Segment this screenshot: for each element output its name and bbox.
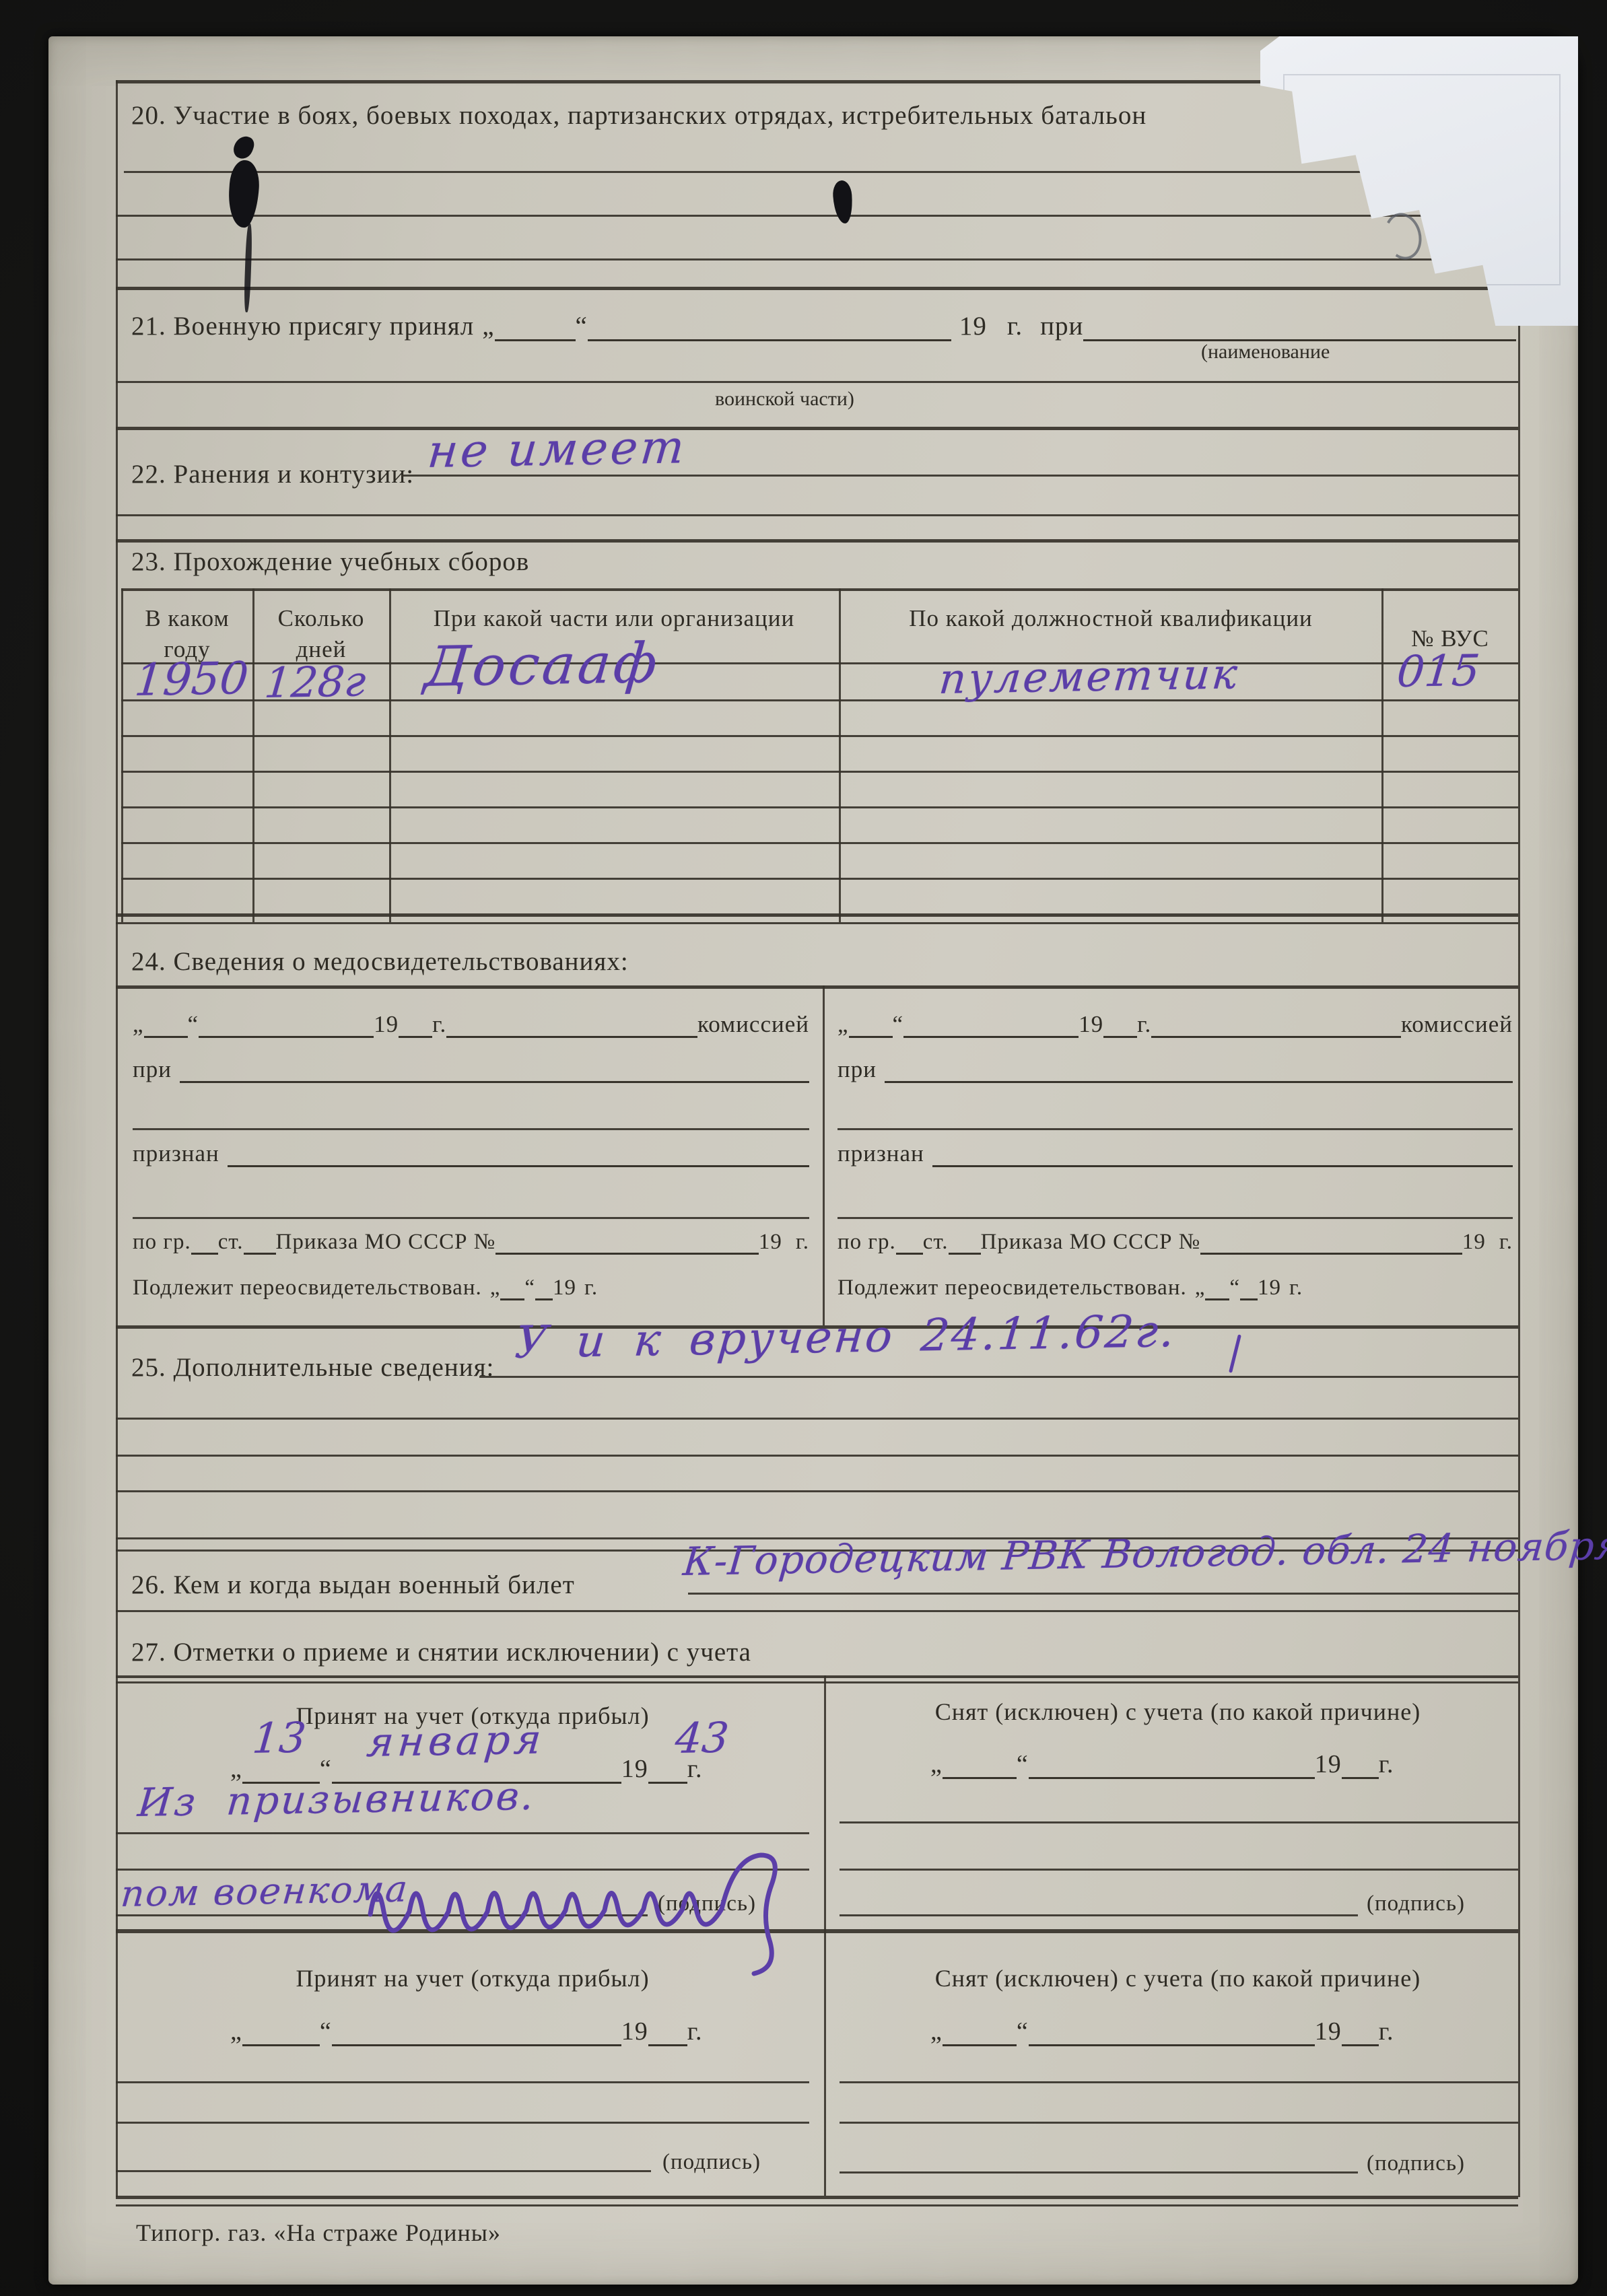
year-prefix: 19 [621,2017,648,2046]
close-quote: “ [893,1011,904,1038]
item21-at-label: при [1040,311,1083,341]
accept-day-handwriting: 13 [250,1713,308,1763]
blank-line [1240,1275,1258,1300]
ruled-line [116,1455,1518,1457]
close-quote: “ [1017,2017,1029,2046]
item23-entry-organization: Досааф [422,631,662,699]
table-border [121,588,123,922]
blank-line [332,2017,621,2046]
blank-line [849,1011,893,1038]
close-quote: “ [320,2017,332,2046]
blank-line [500,1275,524,1300]
item23-col-qualification: По какой должностной квалификации [875,603,1346,634]
table-bottom-rule [116,913,1518,917]
item23-entry-year: 1950 [133,652,250,706]
signature-label: (подпись) [1367,2151,1465,2176]
removed-header: Снят (исключен) с учета (по какой причин… [850,1963,1506,1994]
item26-handwriting: К-Городецким РВК Вологод. обл. 24 ноября… [681,1520,1607,1585]
blank-line [896,1229,923,1255]
ink-blot [832,180,854,224]
ruled-line [133,1128,809,1130]
open-quote: „ [482,311,494,341]
blank-line [495,1229,759,1255]
year-suffix: г. [796,1230,809,1255]
table-border [1381,588,1383,922]
table-row-line [121,806,1518,808]
year-suffix: г. [1379,1749,1394,1779]
year-prefix: 19 [759,1230,782,1255]
paper-hole [227,160,261,229]
paper-hole [231,134,256,162]
blank-line [949,1229,981,1255]
item23-col-organization: При какой части или организации [412,603,816,634]
order-label: Приказа МО СССР № [981,1230,1201,1255]
close-quote: “ [1229,1276,1240,1300]
table-bottom-rule [116,922,1518,924]
section-divider [116,427,1518,430]
ruled-line [116,1418,1518,1420]
year-suffix: г. [1137,1011,1151,1038]
order-label: Приказа МО СССР № [276,1230,496,1255]
blank-line [446,1011,697,1038]
open-quote: „ [930,2017,943,2046]
form-bottom-rule [116,2196,1518,2199]
section-divider [116,539,1518,543]
table-border [839,588,841,922]
table-row-line [121,735,1518,737]
blank-line [903,1011,1079,1038]
signature-line [116,2170,651,2172]
year-suffix: г. [1379,2017,1394,2046]
blank-line [1342,1750,1379,1779]
blank-line [191,1229,218,1255]
ruled-line [116,1832,809,1834]
open-quote: „ [230,2017,242,2046]
at-label: при [133,1056,172,1083]
year-suffix: г. [687,2017,703,2046]
fill-line [688,1593,1518,1595]
signature-scrawl [365,1835,836,1983]
blank-line [1029,1750,1315,1779]
ruled-line [840,1869,1518,1871]
item22-title: 22. Ранения и контузии: [131,459,414,489]
accept-date-row: „ “ 19 г. [230,2017,769,2046]
blank-line [1029,2017,1315,2046]
ink-stroke [1229,1334,1241,1372]
open-quote: „ [930,1749,943,1779]
item22-handwriting: не имеет [425,421,689,479]
blank-line [399,1011,432,1038]
table-border [252,588,254,922]
section-divider [116,287,1518,290]
item21-title: 21. Военную присягу принял [131,311,474,341]
blank-line [144,1011,188,1038]
blank-line [199,1011,374,1038]
ruled-line [116,215,1518,217]
close-quote: “ [576,311,588,341]
blank-line [228,1140,809,1167]
remove-date-row: „ “ 19 г. [930,2017,1462,2046]
blank-line [180,1056,809,1083]
med-date-row: „ “ 19 г. комиссией [133,1011,809,1038]
group-label: по гр. [837,1230,896,1255]
item23-entry-qualification: пулеметчик [937,649,1241,703]
year-prefix: 19 [1462,1230,1486,1255]
item21-note2: воинской части) [715,388,854,411]
fill-line [402,475,1518,477]
accept-month-handwriting: января [365,1716,547,1766]
med-order-row: по гр. ст. Приказа МО СССР № 19 г. [133,1229,809,1255]
item25-title: 25. Дополнительные сведения: [131,1352,494,1383]
print-shop-footer: Типогр. газ. «На страже Родины» [136,2219,501,2247]
table-top-rule [116,1675,1518,1678]
open-quote: „ [1195,1276,1206,1300]
reexam-label: Подлежит переосвидетельствован. [133,1276,482,1300]
item25-handwriting: У и к вручено 24.11.62г. [513,1305,1178,1368]
ruled-line [116,1610,1518,1612]
pencil-mark [1379,209,1426,264]
section-divider [116,985,1518,989]
table-top-rule [121,588,1518,591]
open-quote: „ [490,1276,501,1300]
ruled-line [840,2081,1518,2083]
table-row-line [121,878,1518,880]
ruled-line [116,258,1518,260]
blank-line [932,1140,1513,1167]
med-order-row: по гр. ст. Приказа МО СССР № 19 г. [837,1229,1513,1255]
signature-line [840,2171,1358,2173]
year-prefix: 19 [553,1276,576,1300]
accept-origin-handwriting: Из призывников. [136,1773,537,1825]
group-label: по гр. [133,1230,191,1255]
med-recognized-row: признан [837,1140,1513,1167]
item21-row: 21. Военную присягу принял „ “ 19 г. при [131,311,1516,341]
item21-note1: (наименование [1201,341,1330,363]
ruled-line [840,2122,1518,2124]
item27-title: 27. Отметки о приеме и снятии исключении… [131,1637,751,1667]
open-quote: „ [837,1011,849,1038]
signature-label: (подпись) [662,2150,761,2175]
ruled-line [837,1128,1513,1130]
blank-line [648,2017,687,2046]
column-divider [823,985,825,1325]
year-prefix: 19 [374,1011,399,1038]
year-prefix: 19 [1258,1276,1281,1300]
close-quote: “ [1017,1749,1029,1779]
blank-line [885,1056,1513,1083]
year-prefix: 19 [621,1754,648,1784]
removed-header: Снят (исключен) с учета (по какой причин… [850,1696,1506,1728]
blank-line [244,1229,276,1255]
article-label: ст. [923,1230,949,1255]
committee-label: комиссией [1401,1011,1513,1038]
open-quote: „ [133,1011,144,1038]
med-reexam-row: Подлежит переосвидетельствован. „ “ 19 г… [837,1275,1513,1300]
item23-col-days: Сколько дней [255,603,387,664]
at-label: при [837,1056,877,1083]
ruled-line [133,1217,809,1219]
ruled-line [837,1217,1513,1219]
year-suffix: г. [432,1011,446,1038]
table-row-line [121,771,1518,773]
committee-label: комиссией [697,1011,809,1038]
item24-title: 24. Сведения о медосвидетельствованиях: [131,946,629,977]
fill-line [479,1376,1518,1378]
ruled-line [116,2081,809,2083]
article-label: ст. [218,1230,244,1255]
torn-paper-patch [1260,36,1578,326]
blank-line [1103,1011,1137,1038]
item23-entry-vus: 015 [1395,646,1482,697]
year-suffix: г. [1289,1276,1303,1300]
signature-label: (подпись) [1367,1891,1465,1916]
close-quote: “ [524,1276,535,1300]
remove-date-row: „ “ 19 г. [930,1749,1462,1779]
item23-title: 23. Прохождение учебных сборов [131,547,529,577]
year-suffix: г. [1499,1230,1513,1255]
ink-smudge [244,223,253,312]
med-at-row: при [837,1056,1513,1083]
reexam-label: Подлежит переосвидетельствован. [837,1276,1187,1300]
med-reexam-row: Подлежит переосвидетельствован. „ “ 19 г… [133,1275,809,1300]
form-left-border [116,80,118,2197]
ruled-line [116,381,1518,383]
year-prefix: 19 [959,311,987,341]
year-prefix: 19 [1315,2017,1342,2046]
blank-line [1205,1275,1229,1300]
year-prefix: 19 [1079,1011,1103,1038]
med-at-row: при [133,1056,809,1083]
item23-entry-days: 128г [263,656,368,707]
recognized-label: признан [133,1140,219,1167]
document-page: 20. Участие в боях, боевых походах, парт… [48,36,1578,2285]
blank-line [495,312,576,341]
med-recognized-row: признан [133,1140,809,1167]
ruled-line [116,2122,809,2124]
ruled-line [116,1490,1518,1492]
close-quote: “ [188,1011,199,1038]
recognized-label: признан [837,1140,924,1167]
blank-line [1342,2017,1379,2046]
med-date-row: „ “ 19 г. комиссией [837,1011,1513,1038]
ruled-line [116,514,1518,516]
year-prefix: 19 [1315,1749,1342,1779]
year-suffix: г. [1007,311,1023,341]
photo-backdrop: 20. Участие в боях, боевых походах, парт… [0,0,1607,2296]
ruled-line [124,171,1518,173]
blank-line [588,312,951,341]
ruled-line [840,1821,1518,1823]
form-right-border [1518,80,1520,2197]
blank-line [535,1275,553,1300]
signature-line [840,1914,1358,1916]
blank-line [1083,312,1516,341]
blank-line [943,1750,1017,1779]
blank-line [943,2017,1017,2046]
table-top-rule [116,1681,1518,1683]
item20-title: 20. Участие в боях, боевых походах, парт… [131,100,1147,131]
accept-year-handwriting: 43 [673,1713,730,1763]
blank-line [242,2017,320,2046]
blank-line [1200,1229,1462,1255]
blank-line [1151,1011,1401,1038]
year-suffix: г. [584,1276,598,1300]
form-bottom-rule [116,2204,1518,2206]
table-row-line [121,842,1518,844]
table-border [389,588,391,922]
item26-title: 26. Кем и когда выдан военный билет [131,1570,575,1600]
